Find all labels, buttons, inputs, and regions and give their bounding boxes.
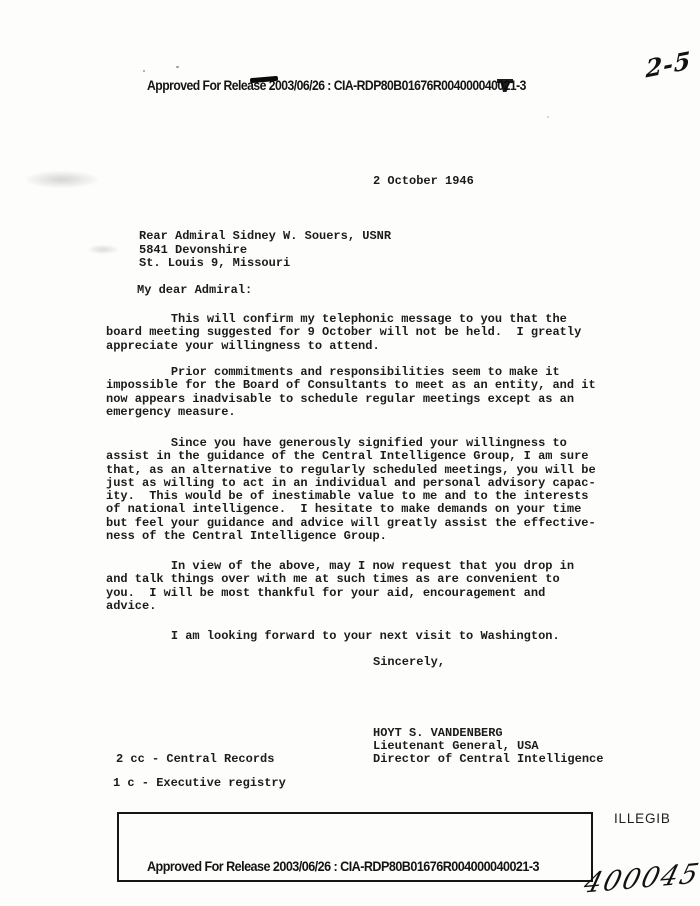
cc-line-central-records: 2 cc - Central Records xyxy=(116,753,274,766)
illegib-label: ILLEGIB xyxy=(614,811,671,826)
signature-block: HOYT S. VANDENBERG Lieutenant General, U… xyxy=(373,727,603,767)
scan-speck xyxy=(547,116,549,118)
scan-speck xyxy=(143,70,145,72)
ink-mark-blob xyxy=(497,78,513,94)
release-stamp-bottom: Approved For Release 2003/06/26 : CIA-RD… xyxy=(147,858,539,874)
cc-line-executive-registry: 1 c - Executive registry xyxy=(113,777,286,790)
handwritten-page-mark: 2-5 xyxy=(645,45,691,83)
handwritten-accession-number: 400045 xyxy=(580,858,700,900)
paragraph-1: This will confirm my telephonic message … xyxy=(106,313,608,353)
scan-smudge xyxy=(88,245,118,254)
paragraph-5: I am looking forward to your next visit … xyxy=(106,630,608,643)
closing-sincerely: Sincerely, xyxy=(373,656,445,669)
paragraph-4: In view of the above, may I now request … xyxy=(106,560,608,613)
paragraph-3: Since you have generously signified your… xyxy=(106,437,608,543)
salutation: My dear Admiral: xyxy=(137,284,252,297)
recipient-address: Rear Admiral Sidney W. Souers, USNR 5841… xyxy=(139,230,391,271)
scan-speck xyxy=(176,66,179,68)
paragraph-2: Prior commitments and responsibilities s… xyxy=(106,366,608,419)
release-stamp-top: Approved For Release 2003/06/26 : CIA-RD… xyxy=(147,77,526,93)
scanned-letter-page: Approved For Release 2003/06/26 : CIA-RD… xyxy=(0,0,700,906)
ink-blob-shape xyxy=(497,78,513,94)
scan-smudge xyxy=(26,171,98,188)
letter-date: 2 October 1946 xyxy=(373,175,474,188)
